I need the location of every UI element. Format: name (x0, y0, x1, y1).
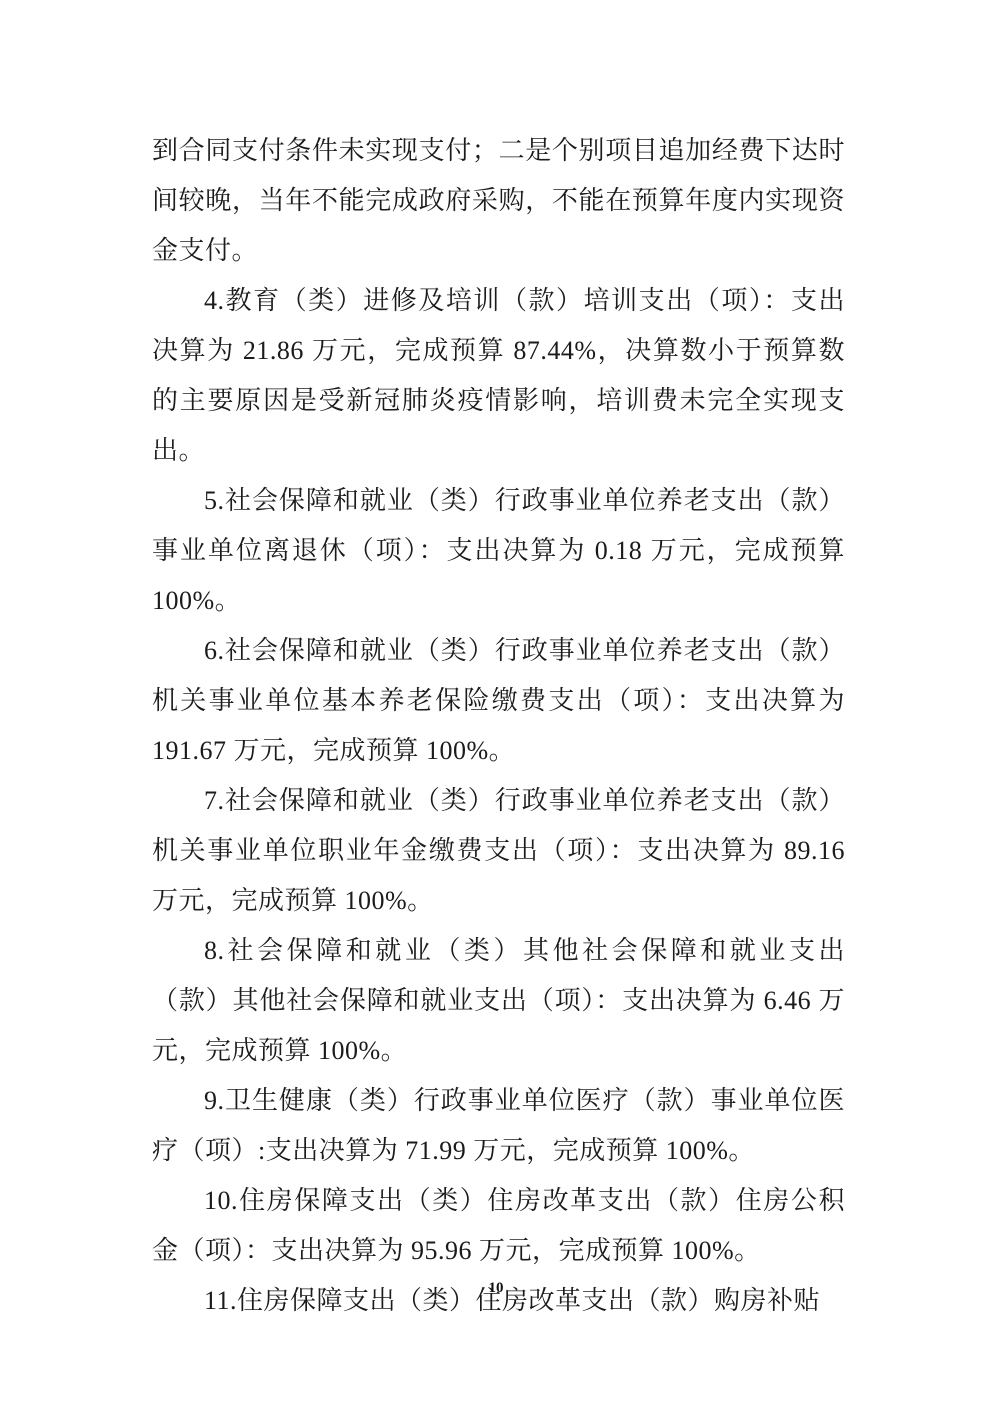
paragraph-item-10: 10.住房保障支出（类）住房改革支出（款）住房公积金（项）：支出决算为 95.9… (152, 1176, 845, 1276)
paragraph-item-7: 7.社会保障和就业（类）行政事业单位养老支出（款）机关事业单位职业年金缴费支出（… (152, 776, 845, 926)
paragraph-item-5: 5.社会保障和就业（类）行政事业单位养老支出（款）事业单位离退休（项）：支出决算… (152, 476, 845, 626)
page-number: 10 (0, 1280, 992, 1297)
paragraph-continuation: 到合同支付条件未实现支付；二是个别项目追加经费下达时间较晚，当年不能完成政府采购… (152, 126, 845, 276)
paragraph-item-6: 6.社会保障和就业（类）行政事业单位养老支出（款）机关事业单位基本养老保险缴费支… (152, 626, 845, 776)
paragraph-item-8: 8.社会保障和就业（类）其他社会保障和就业支出（款）其他社会保障和就业支出（项）… (152, 926, 845, 1076)
document-body-text: 到合同支付条件未实现支付；二是个别项目追加经费下达时间较晚，当年不能完成政府采购… (152, 126, 845, 1326)
paragraph-item-4: 4.教育（类）进修及培训（款）培训支出（项）：支出决算为 21.86 万元，完成… (152, 276, 845, 476)
document-page: 到合同支付条件未实现支付；二是个别项目追加经费下达时间较晚，当年不能完成政府采购… (0, 0, 992, 1403)
paragraph-item-9: 9.卫生健康（类）行政事业单位医疗（款）事业单位医疗（项）:支出决算为 71.9… (152, 1076, 845, 1176)
